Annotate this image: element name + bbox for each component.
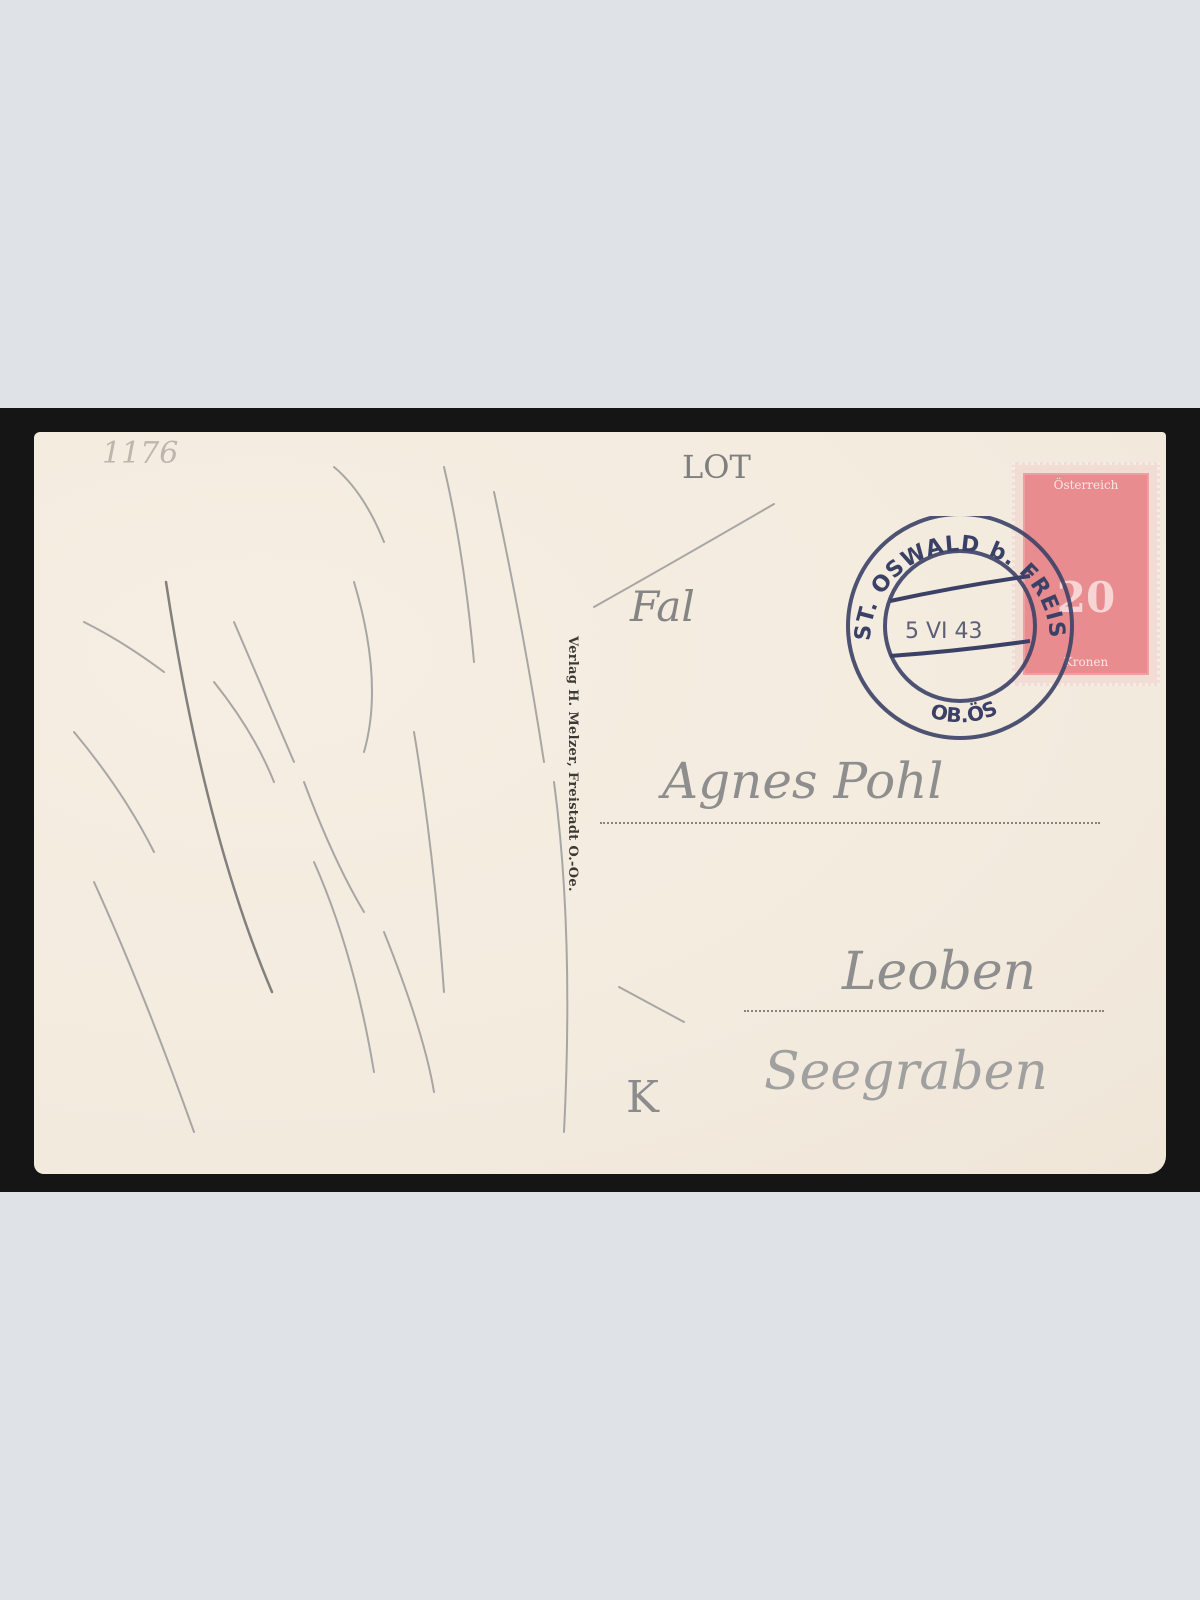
publisher-imprint: Verlag H. Melzer, Freistadt O.-Oe. — [565, 636, 580, 892]
address-line-2 — [744, 1010, 1104, 1012]
stamp-country: Österreich — [1025, 475, 1147, 492]
address-line-1 — [600, 822, 1100, 824]
recipient-name: Agnes Pohl — [662, 752, 943, 810]
district: Seegraben — [764, 1042, 1048, 1102]
city: Leoben — [842, 942, 1036, 1002]
postmark-date: 5 VI 43 — [905, 619, 983, 644]
postmark-cancellation: ST. OSWALD b. FREISTADT OB.ÖS 5 VI 43 — [840, 516, 1080, 756]
